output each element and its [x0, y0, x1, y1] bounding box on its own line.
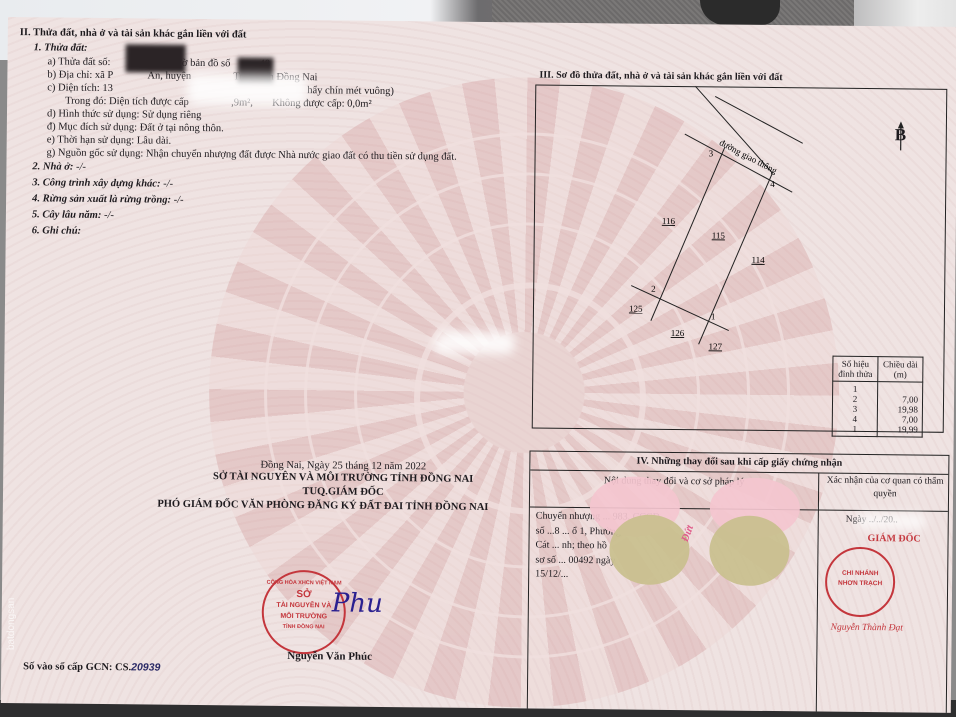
col-length-header: Chiều dài (m)	[878, 357, 923, 382]
house-label: 2. Nhà ở: -/-	[32, 161, 86, 173]
forest-label: 4. Rừng sản xuất là rừng trồng: -/-	[32, 193, 184, 206]
sticker-bear	[709, 515, 790, 586]
usage-purpose: đ) Mục đích sử dụng: Đất ở tại nông thôn…	[47, 121, 224, 134]
confirm-title: GIÁM ĐỐC	[868, 533, 921, 545]
length-cells: 7,00 19,98 7,00 19,99	[877, 382, 923, 437]
address-label: b) Địa chỉ: xã P	[47, 69, 113, 81]
section-ii-title: II. Thửa đất, nhà ở và tài sản khác gắn …	[20, 27, 247, 40]
registry-number: Số vào sổ cấp GCN: CS.20939	[23, 660, 160, 673]
blur-redaction	[434, 331, 514, 354]
stamp-text: NHƠN TRẠCH	[827, 579, 893, 590]
construction-title: 3. Công trình xây dựng khác:	[32, 177, 160, 189]
parcel-number-label: a) Thửa đất số:	[47, 56, 110, 68]
blur-redaction	[856, 513, 926, 530]
length-cell: 7,00	[882, 394, 918, 404]
construction-value: -/-	[163, 179, 173, 190]
construction-label: 3. Công trình xây dựng khác: -/-	[32, 177, 173, 189]
vertex-4: 4	[770, 179, 775, 189]
parcel-127: 127	[709, 341, 723, 351]
length-cell: 7,00	[882, 414, 918, 424]
signing-title: PHÓ GIÁM ĐỐC VĂN PHÒNG ĐĂNG KÝ ĐẤT ĐAI T…	[123, 497, 523, 515]
perennial-label: 5. Cây lâu năm: -/-	[32, 209, 114, 221]
notes-label: 6. Ghi chú:	[32, 225, 81, 237]
vertex-1: 1	[711, 311, 716, 321]
perennial-value: -/-	[104, 210, 114, 221]
stamp-text: CHI NHÁNH	[827, 569, 893, 580]
length-cell: 19,99	[882, 424, 918, 434]
vertex-3: 3	[709, 148, 714, 158]
redaction-box	[125, 44, 185, 73]
parcel-subtitle: 1. Thửa đất:	[34, 42, 88, 54]
signer-name: Nguyễn Văn Phúc	[287, 650, 372, 663]
vertex-cells: 1 2 3 4 1	[832, 381, 878, 436]
perennial-title: 5. Cây lâu năm:	[32, 209, 102, 221]
vertex-cell: 3	[837, 404, 873, 414]
background-object	[700, 0, 780, 25]
sticker-bear	[609, 514, 690, 585]
parcel-116: 116	[662, 216, 676, 226]
vertex-cell: 1	[837, 384, 873, 394]
registry-value: 20939	[131, 661, 160, 673]
vertex-cell: 4	[837, 414, 873, 424]
parcel-126: 126	[671, 328, 685, 338]
area-label: c) Diện tích: 13	[47, 82, 113, 94]
stamp-branch: CHI NHÁNH NHƠN TRẠCH	[825, 547, 896, 618]
parcel-114: 114	[751, 255, 765, 265]
house-title: 2. Nhà ở:	[32, 161, 73, 172]
forest-value: -/-	[174, 195, 184, 206]
parcel-125: 125	[629, 304, 643, 314]
registry-label: Số vào sổ cấp GCN: CS.	[23, 661, 131, 673]
house-value: -/-	[76, 162, 86, 173]
col-vertex-header: Số hiệu đỉnh thửa	[833, 356, 878, 381]
vertex-length-table: Số hiệu đỉnh thửa Chiều dài (m) 1 2 3 4 …	[832, 356, 924, 438]
north-arrow-icon: B	[895, 125, 907, 145]
certificate-page: II. Thửa đất, nhà ở và tài sản khác gắn …	[1, 17, 956, 713]
changes-table: IV. Những thay đổi sau khi cấp giấy chứn…	[527, 450, 950, 712]
usage-term: e) Thời hạn sử dụng: Lâu dài.	[47, 134, 172, 146]
area-granted-label: Trong đó: Diện tích được cấp	[65, 96, 189, 108]
stamp-text: TỈNH ĐỒNG NAI	[264, 622, 344, 634]
changes-confirm-header: Xác nhận của cơ quan có thẩm quyền	[826, 475, 944, 502]
forest-title: 4. Rừng sản xuất là rừng trồng:	[32, 193, 171, 205]
divider	[818, 510, 948, 512]
signature: Phu	[332, 588, 383, 619]
watermark: batdongsan	[6, 598, 17, 650]
vertex-2: 2	[651, 284, 656, 294]
area-words: hẩy chín mét vuông)	[307, 85, 394, 97]
vertex-cell: 2	[837, 394, 873, 404]
confirm-signer: Nguyễn Thành Đạt	[831, 623, 903, 634]
vertex-cell: 1	[837, 424, 873, 434]
signing-block: Đồng Nai, Ngày 25 tháng 12 năm 2022 SỞ T…	[163, 459, 524, 516]
length-cell: 19,98	[882, 404, 918, 414]
parcel-115: 115	[712, 230, 726, 240]
usage-form: d) Hình thức sử dụng: Sử dụng riêng	[47, 108, 202, 121]
blur-redaction	[187, 74, 307, 105]
